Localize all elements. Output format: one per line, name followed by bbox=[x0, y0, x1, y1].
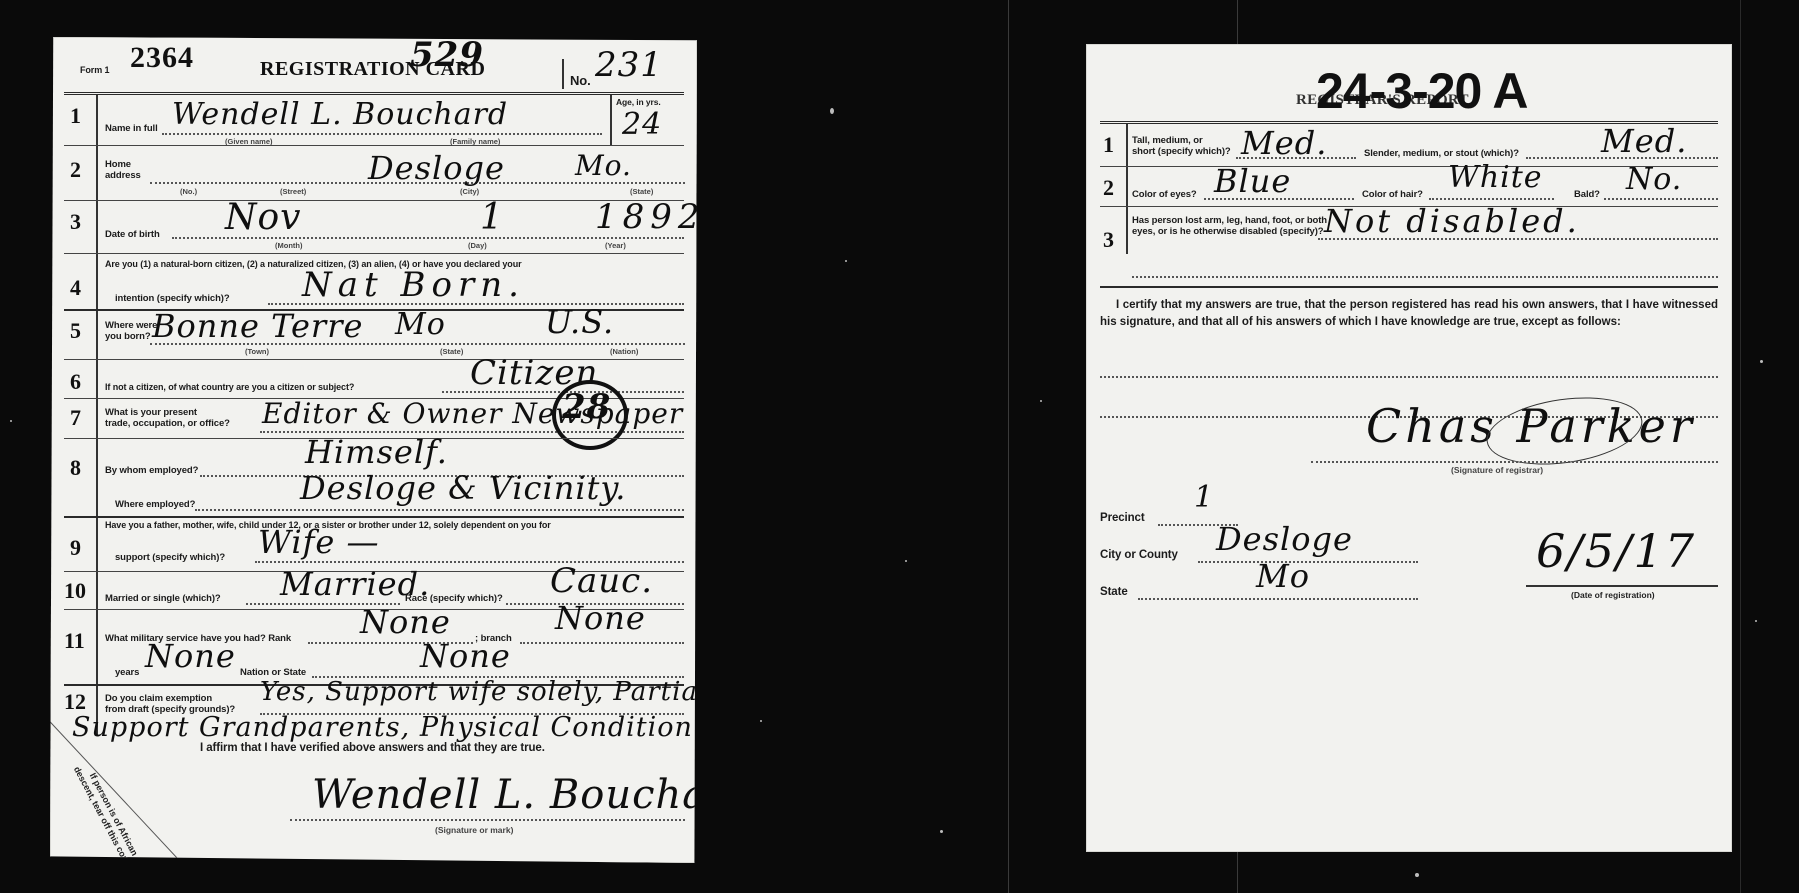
eye-color-label: Color of eyes? bbox=[1132, 189, 1197, 200]
bald-value[interactable]: No. bbox=[1626, 162, 1682, 197]
signature-caption: (Signature or mark) bbox=[435, 825, 513, 835]
row-number: 2 bbox=[70, 157, 81, 183]
city-caption: (City) bbox=[460, 187, 479, 196]
row-number: 11 bbox=[64, 628, 85, 654]
height-label-2: short (specify which)? bbox=[1132, 146, 1231, 157]
disability-label-2: eyes, or is he otherwise disabled (speci… bbox=[1132, 226, 1323, 237]
affirmation-text: I affirm that I have verified above answ… bbox=[200, 743, 545, 754]
height-value[interactable]: Med. bbox=[1241, 124, 1327, 162]
registrar-report-card: 24-3-20 A REGISTRAR'S REPORT 1 Tall, med… bbox=[1086, 44, 1732, 852]
certification-text: I certify that my answers are true, that… bbox=[1100, 297, 1718, 331]
employment-place-label: Where employed? bbox=[115, 499, 195, 510]
row-rule bbox=[64, 253, 684, 254]
state-label: State bbox=[1100, 587, 1128, 598]
hair-color-label: Color of hair? bbox=[1362, 189, 1423, 200]
dob-month-value[interactable]: Nov bbox=[225, 197, 302, 238]
employer-label: By whom employed? bbox=[105, 465, 198, 476]
row-number: 2 bbox=[1103, 175, 1114, 201]
row-rule bbox=[64, 145, 684, 146]
row-number: 3 bbox=[70, 209, 81, 235]
film-scratch-line bbox=[1008, 0, 1009, 893]
tear-off-corner-note: If person is of African descent, tear of… bbox=[71, 759, 147, 875]
row-rule bbox=[64, 516, 684, 518]
film-speck bbox=[1415, 873, 1419, 877]
order-number: 529 bbox=[410, 35, 484, 75]
occupation-label-1: What is your present bbox=[105, 407, 197, 418]
row-number: 9 bbox=[70, 535, 81, 561]
year-caption: (Year) bbox=[605, 241, 626, 250]
exemption-value-1[interactable]: Yes, Support wife solely, Partial bbox=[260, 677, 707, 707]
film-speck bbox=[1040, 400, 1042, 402]
divider bbox=[562, 59, 564, 89]
name-label: Name in full bbox=[105, 123, 158, 134]
registrar-signature-line bbox=[1311, 461, 1718, 463]
state-value[interactable]: Mo bbox=[1256, 557, 1310, 595]
film-speck bbox=[830, 108, 834, 114]
birth-state-value[interactable]: Mo bbox=[395, 307, 446, 342]
row-number: 6 bbox=[70, 369, 81, 395]
report-stamp: 24-3-20 A bbox=[1316, 62, 1527, 120]
race-value[interactable]: Cauc. bbox=[550, 561, 653, 601]
no-value: 231 bbox=[595, 45, 663, 85]
serial-stamp: 2364 bbox=[130, 41, 194, 75]
dob-year-value[interactable]: 1892 bbox=[595, 197, 706, 237]
registration-date-value[interactable]: 6/5/17 bbox=[1536, 524, 1696, 578]
home-city-value[interactable]: Desloge bbox=[368, 149, 505, 187]
state-caption: (State) bbox=[630, 187, 653, 196]
header-rule bbox=[64, 92, 684, 95]
dependents-value[interactable]: Wife — bbox=[258, 523, 380, 561]
home-state-value[interactable]: Mo. bbox=[575, 149, 632, 182]
birth-nation-value[interactable]: U.S. bbox=[545, 303, 614, 341]
birthplace-label-1: Where were bbox=[105, 320, 157, 331]
state-line bbox=[1138, 598, 1418, 600]
build-value[interactable]: Med. bbox=[1601, 122, 1687, 160]
row-number: 1 bbox=[1103, 132, 1114, 158]
registrar-signature-caption: (Signature of registrar) bbox=[1451, 465, 1543, 475]
film-speck bbox=[845, 260, 847, 262]
form-label: Form 1 bbox=[80, 65, 109, 76]
film-speck bbox=[940, 830, 943, 833]
row-number: 8 bbox=[70, 455, 81, 481]
row-number-column-divider bbox=[96, 95, 98, 735]
exemption-label-1: Do you claim exemption bbox=[105, 693, 212, 704]
city-county-label: City or County bbox=[1100, 550, 1178, 561]
film-speck bbox=[905, 560, 907, 562]
dependents-question-2: support (specify which)? bbox=[115, 552, 225, 563]
hair-color-line bbox=[1429, 198, 1554, 200]
employment-place-value[interactable]: Desloge & Vicinity. bbox=[300, 469, 626, 507]
city-county-value[interactable]: Desloge bbox=[1216, 520, 1353, 558]
citizenship-question-2: intention (specify which)? bbox=[115, 293, 230, 304]
row-number: 5 bbox=[70, 318, 81, 344]
occupation-label-2: trade, occupation, or office? bbox=[105, 418, 230, 429]
bald-line bbox=[1604, 198, 1718, 200]
hair-color-value[interactable]: White bbox=[1448, 160, 1543, 195]
film-speck bbox=[1755, 620, 1757, 622]
birthplace-label-2: you born? bbox=[105, 331, 151, 342]
month-caption: (Month) bbox=[275, 241, 302, 250]
precinct-label: Precinct bbox=[1100, 513, 1145, 524]
nation-or-state-value[interactable]: None bbox=[420, 637, 511, 675]
years-value[interactable]: None bbox=[145, 637, 236, 675]
birth-town-value[interactable]: Bonne Terre bbox=[152, 307, 363, 345]
signature-line bbox=[290, 819, 685, 821]
foreign-country-question: If not a citizen, of what country are yo… bbox=[105, 382, 354, 393]
disability-line-2 bbox=[1132, 276, 1718, 278]
exceptions-line bbox=[1100, 376, 1718, 378]
branch-line bbox=[520, 642, 684, 644]
dob-label: Date of birth bbox=[105, 229, 160, 240]
marital-status-label: Married or single (which)? bbox=[105, 593, 221, 604]
registrant-signature[interactable]: Wendell L. Bouchard bbox=[312, 772, 754, 818]
age-value[interactable]: 24 bbox=[622, 107, 662, 142]
disability-label-1: Has person lost arm, leg, hand, foot, or… bbox=[1132, 215, 1327, 226]
employment-place-line bbox=[195, 509, 684, 511]
disability-value[interactable]: Not disabled. bbox=[1324, 202, 1580, 240]
employer-value[interactable]: Himself. bbox=[305, 433, 448, 471]
report-title: REGISTRAR'S REPORT bbox=[1296, 92, 1469, 109]
name-line bbox=[162, 133, 602, 135]
film-speck bbox=[760, 720, 762, 722]
registration-card: Form 1 2364 REGISTRATION CARD 529 No. 23… bbox=[50, 37, 697, 863]
row-number-column-divider bbox=[1126, 124, 1128, 254]
years-label: years bbox=[115, 667, 139, 678]
no-caption: (No.) bbox=[180, 187, 197, 196]
nation-caption: (Nation) bbox=[610, 347, 638, 356]
rank-value[interactable]: None bbox=[360, 603, 451, 641]
name-value[interactable]: Wendell L. Bouchard bbox=[172, 97, 508, 132]
eye-color-value[interactable]: Blue bbox=[1214, 162, 1291, 200]
registration-date-line bbox=[1526, 585, 1718, 587]
row-rule bbox=[64, 200, 684, 201]
row-number: 1 bbox=[70, 103, 81, 129]
home-address-label-2: address bbox=[105, 170, 141, 181]
bald-label: Bald? bbox=[1574, 189, 1600, 200]
film-scratch-line bbox=[1740, 0, 1741, 893]
street-caption: (Street) bbox=[280, 187, 306, 196]
height-label-1: Tall, medium, or bbox=[1132, 135, 1203, 146]
row-number: 3 bbox=[1103, 227, 1114, 253]
state-caption: (State) bbox=[440, 347, 463, 356]
row-number: 7 bbox=[70, 405, 81, 431]
citizenship-value[interactable]: Nat Born. bbox=[302, 265, 525, 305]
home-address-label-1: Home bbox=[105, 159, 131, 170]
circled-mark-number: 28 bbox=[562, 387, 611, 427]
dob-day-value[interactable]: 1 bbox=[480, 197, 504, 238]
row-number: 10 bbox=[64, 578, 86, 604]
film-speck bbox=[10, 420, 12, 422]
registration-date-caption: (Date of registration) bbox=[1571, 590, 1655, 600]
age-divider bbox=[610, 95, 612, 145]
no-label: No. bbox=[570, 75, 591, 86]
exemption-value-2[interactable]: Support Grandparents, Physical Condition bbox=[72, 712, 693, 743]
build-label: Slender, medium, or stout (which)? bbox=[1364, 148, 1519, 159]
film-speck bbox=[1760, 360, 1763, 363]
precinct-value[interactable]: 1 bbox=[1194, 480, 1214, 515]
branch-value[interactable]: None bbox=[555, 599, 646, 637]
town-caption: (Town) bbox=[245, 347, 269, 356]
day-caption: (Day) bbox=[468, 241, 487, 250]
row-rule bbox=[1100, 286, 1718, 288]
row-number: 4 bbox=[70, 275, 81, 301]
